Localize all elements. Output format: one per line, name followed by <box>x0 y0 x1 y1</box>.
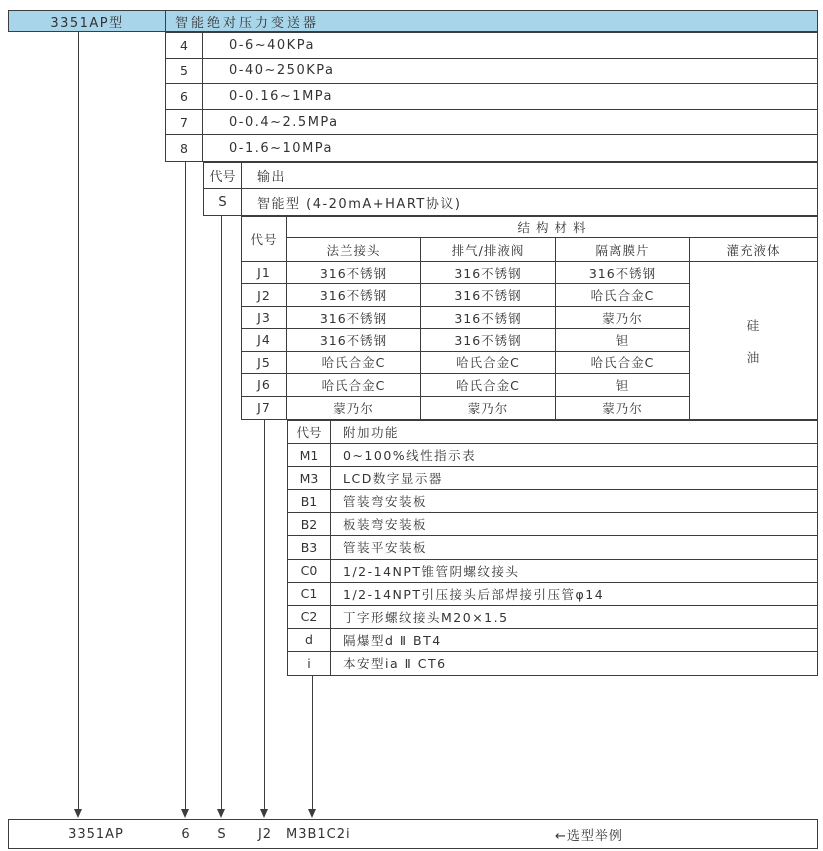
material-flange: 316不锈钢 <box>287 262 421 284</box>
range-code: 4 <box>166 33 203 59</box>
function-code: M1 <box>288 444 331 467</box>
function-code: B3 <box>288 536 331 559</box>
range-code: 7 <box>166 110 203 136</box>
function-code: B2 <box>288 513 331 536</box>
function-code: B1 <box>288 490 331 513</box>
fill-fluid-line: 油 <box>747 348 761 366</box>
material-vent: 316不锈钢 <box>421 262 556 284</box>
range-table: 4 0-6~40KPa 5 0-40~250KPa 6 0-0.16~1MPa … <box>165 32 818 162</box>
material-flange: 哈氏合金C <box>287 352 421 374</box>
material-diaphragm: 哈氏合金C <box>556 352 690 374</box>
materials-table: 代号 结 构 材 料 法兰接头 排气/排液阀 隔离膜片 灌充液体 J1 316不… <box>241 216 818 420</box>
material-vent: 316不锈钢 <box>421 284 556 306</box>
down-arrow-icon <box>260 809 268 818</box>
material-vent: 316不锈钢 <box>421 307 556 329</box>
functions-code-header: 代号 <box>288 421 331 444</box>
down-arrow-icon <box>74 809 82 818</box>
material-code: J1 <box>242 262 287 284</box>
example-range-code: 6 <box>178 820 194 848</box>
material-code: J2 <box>242 284 287 306</box>
function-code: C2 <box>288 606 331 629</box>
material-diaphragm: 316不锈钢 <box>556 262 690 284</box>
function-value: LCD数字显示器 <box>331 467 817 490</box>
functions-table: 代号 附加功能 M1 0~100%线性指示表 M3 LCD数字显示器 B1 管装… <box>287 420 818 676</box>
material-code: J7 <box>242 397 287 419</box>
connector-line-range <box>185 162 186 810</box>
range-code: 5 <box>166 59 203 85</box>
fill-fluid-line: 硅 <box>747 316 761 334</box>
material-vent: 蒙乃尔 <box>421 397 556 419</box>
function-code: d <box>288 629 331 652</box>
function-value: 管装弯安装板 <box>331 490 817 513</box>
function-value: 0~100%线性指示表 <box>331 444 817 467</box>
function-code: M3 <box>288 467 331 490</box>
down-arrow-icon <box>308 809 316 818</box>
example-material-code: J2 <box>254 820 276 848</box>
material-code: J3 <box>242 307 287 329</box>
material-code: J4 <box>242 329 287 351</box>
functions-value-header: 附加功能 <box>331 421 817 444</box>
example-model: 3351AP <box>41 820 151 848</box>
down-arrow-icon <box>181 809 189 818</box>
output-code: S <box>204 189 242 215</box>
material-flange: 316不锈钢 <box>287 307 421 329</box>
material-flange: 哈氏合金C <box>287 374 421 396</box>
material-diaphragm: 蒙乃尔 <box>556 397 690 419</box>
col-header-vent: 排气/排液阀 <box>421 238 556 262</box>
materials-group-header: 结 构 材 料 <box>287 217 817 238</box>
material-diaphragm: 钽 <box>556 329 690 351</box>
connector-line-output <box>221 216 222 810</box>
function-value: 丁字形螺纹接头M20×1.5 <box>331 606 817 629</box>
material-diaphragm: 哈氏合金C <box>556 284 690 306</box>
range-value: 0-0.16~1MPa <box>203 84 817 110</box>
range-value: 0-40~250KPa <box>203 59 817 85</box>
material-code: J5 <box>242 352 287 374</box>
material-diaphragm: 钽 <box>556 374 690 396</box>
product-name-cell: 智能绝对压力变送器 <box>166 11 817 31</box>
range-value: 0-0.4~2.5MPa <box>203 110 817 136</box>
function-code: i <box>288 652 331 675</box>
material-flange: 蒙乃尔 <box>287 397 421 419</box>
example-note: ←选型举例 <box>555 820 623 848</box>
fill-fluid-cell: 硅 油 <box>690 262 817 419</box>
output-value-header: 输出 <box>242 163 817 189</box>
connector-line-model <box>78 32 79 810</box>
output-value: 智能型 (4-20mA+HART协议) <box>242 189 817 215</box>
function-value: 管装平安装板 <box>331 536 817 559</box>
function-value: 板装弯安装板 <box>331 513 817 536</box>
range-code: 8 <box>166 135 203 161</box>
function-code: C0 <box>288 560 331 583</box>
range-code: 6 <box>166 84 203 110</box>
connector-line-material <box>264 420 265 810</box>
output-table: 代号 输出 S 智能型 (4-20mA+HART协议) <box>203 162 818 216</box>
model-code-cell: 3351AP型 <box>9 11 166 31</box>
header-bar: 3351AP型 智能绝对压力变送器 <box>8 10 818 32</box>
function-value: 本安型ia Ⅱ CT6 <box>331 652 817 675</box>
example-box: 3351AP 6 S J2 M3B1C2i ←选型举例 <box>8 819 818 849</box>
connector-line-functions <box>312 676 313 810</box>
function-code: C1 <box>288 583 331 606</box>
output-code-header: 代号 <box>204 163 242 189</box>
example-function-codes: M3B1C2i <box>286 820 351 848</box>
function-value: 1/2-14NPT引压接头后部焊接引压管φ14 <box>331 583 817 606</box>
material-vent: 哈氏合金C <box>421 374 556 396</box>
material-flange: 316不锈钢 <box>287 329 421 351</box>
col-header-flange: 法兰接头 <box>287 238 421 262</box>
material-code: J6 <box>242 374 287 396</box>
function-value: 1/2-14NPT锥管阴螺纹接头 <box>331 560 817 583</box>
col-header-fluid: 灌充液体 <box>690 238 817 262</box>
range-value: 0-6~40KPa <box>203 33 817 59</box>
material-vent: 哈氏合金C <box>421 352 556 374</box>
selection-chart: 3351AP型 智能绝对压力变送器 4 0-6~40KPa 5 0-40~250… <box>0 0 823 851</box>
material-vent: 316不锈钢 <box>421 329 556 351</box>
material-diaphragm: 蒙乃尔 <box>556 307 690 329</box>
col-header-diaphragm: 隔离膜片 <box>556 238 690 262</box>
down-arrow-icon <box>217 809 225 818</box>
range-value: 0-1.6~10MPa <box>203 135 817 161</box>
material-flange: 316不锈钢 <box>287 284 421 306</box>
function-value: 隔爆型d Ⅱ BT4 <box>331 629 817 652</box>
materials-code-header: 代号 <box>242 217 287 262</box>
example-output-code: S <box>212 820 232 848</box>
